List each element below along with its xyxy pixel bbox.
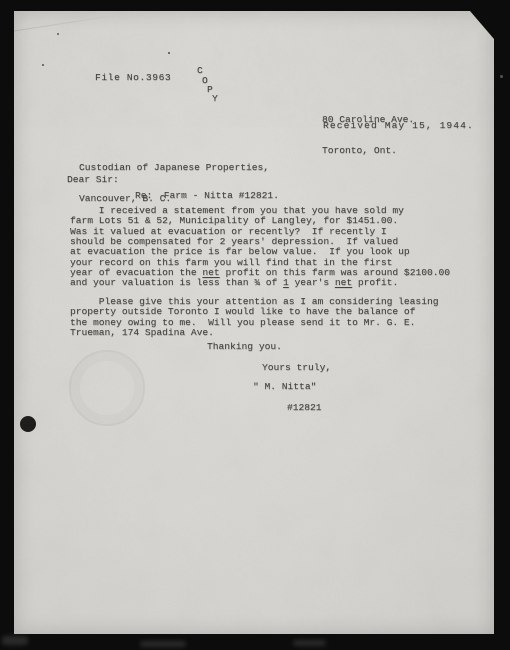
body-paragraph-2: Please give this your attention as I am … xyxy=(70,297,438,338)
text-segment: and your valuation is less than ¾ of xyxy=(70,277,283,288)
typed-signature: " M. Nitta" xyxy=(253,382,316,392)
paper-speck xyxy=(42,64,44,66)
text-segment: year of evacuation the xyxy=(70,267,202,278)
border-smudge xyxy=(293,640,326,646)
text-segment: year's xyxy=(289,277,335,288)
embossed-seal-mark xyxy=(69,350,145,426)
text-segment: Please give this your attention as I am … xyxy=(70,296,438,307)
paper-speck xyxy=(57,33,59,35)
valediction: Yours truly, xyxy=(262,363,331,373)
subject-line: Re: Farm - Nitta #12821. xyxy=(135,191,279,201)
text-segment: Trueman, 174 Spadina Ave. xyxy=(70,327,214,338)
text-segment: I received a statement from you that you… xyxy=(70,205,404,216)
border-speck xyxy=(500,75,503,78)
underlined-text: net xyxy=(335,277,352,288)
text-segment: profit. xyxy=(352,277,398,288)
file-number-annotation: File No.3963 xyxy=(95,73,171,83)
letter-paper: File No.3963 C O P Y 80 Caroline Ave. To… xyxy=(14,11,494,634)
paper-crease-mark xyxy=(11,14,122,33)
text-segment: should be compensated for 2 years' depre… xyxy=(70,236,398,247)
signature-file-number: #12821 xyxy=(287,403,322,413)
recipient-line: Custodian of Japanese Properties, xyxy=(79,163,269,173)
sender-address-line: Toronto, Ont. xyxy=(322,146,414,156)
sender-address: 80 Caroline Ave. Toronto, Ont. xyxy=(322,94,414,177)
closing-thanks: Thanking you. xyxy=(207,342,282,352)
text-segment: Was it valued at evacuation or recently?… xyxy=(70,226,387,237)
scanned-letter-photo: { "scan": { "paper_color": "#d7d5d1", "b… xyxy=(0,0,510,650)
letter-line: and your valuation is less than ¾ of 1 y… xyxy=(70,278,450,288)
border-smudge xyxy=(2,636,28,645)
border-smudge xyxy=(140,641,186,647)
letter-line: Trueman, 174 Spadina Ave. xyxy=(70,328,438,338)
text-segment: your record on this farm you will find t… xyxy=(70,257,392,268)
paper-speck xyxy=(168,52,170,54)
hole-punch-mark xyxy=(20,416,36,432)
text-segment: the money owing to me. Will you please s… xyxy=(70,317,415,328)
text-segment: property outside Toronto I would like to… xyxy=(70,306,415,317)
text-segment: farm Lots 51 & 52, Municipality of Langl… xyxy=(70,215,398,226)
salutation: Dear Sir: xyxy=(67,175,119,185)
text-segment: at evacuation the price is far below val… xyxy=(70,246,410,257)
text-segment: profit on this farm was around $2100.00 xyxy=(220,267,450,278)
copy-mark-letter: Y xyxy=(212,93,218,104)
received-stamp: Received May 15, 1944. xyxy=(323,121,474,131)
body-paragraph-1: I received a statement from you that you… xyxy=(70,206,450,289)
underlined-text: net xyxy=(202,267,219,278)
